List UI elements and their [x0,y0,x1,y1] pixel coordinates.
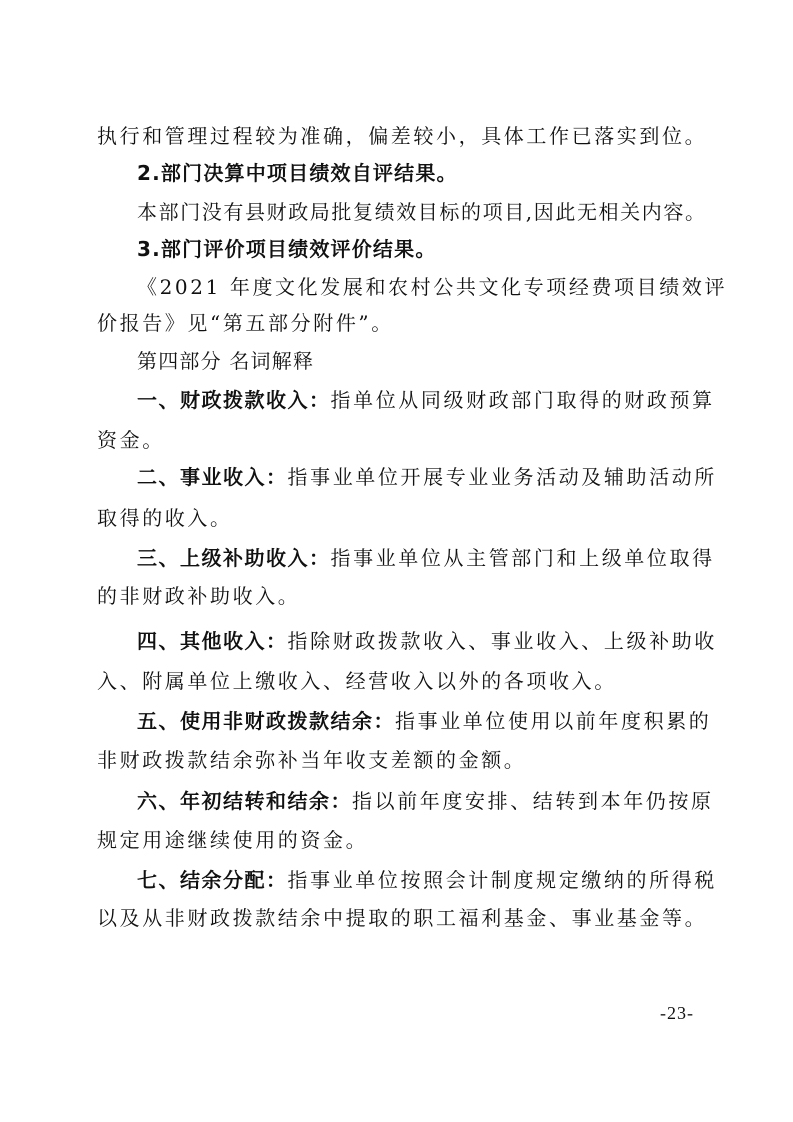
term-definition-4-cont: 入、附属单位上缴收入、经营收入以外的各项收入。 [97,667,701,695]
document-page: 执行和管理过程较为准确，偏差较小，具体工作已落实到位。 2.部门决算中项目绩效自… [0,0,793,1122]
term-text: 指事业单位按照会计制度规定缴纳的所得税 [288,868,717,892]
paragraph-no-content: 本部门没有县财政局批复绩效目标的项目,因此无相关内容。 [137,198,701,226]
term-text: 指事业单位使用以前年度积累的 [395,709,711,733]
term-definition-6-cont: 规定用途继续使用的资金。 [97,826,701,854]
term-definition-6: 六、年初结转和结余：指以前年度安排、结转到本年仍按原 [137,787,701,815]
section-title: 第四部分 名词解释 [137,347,701,375]
term-label: 三、上级补助收入： [137,546,331,570]
term-definition-3: 三、上级补助收入：指事业单位从主管部门和上级单位取得 [137,544,701,572]
term-definition-1-cont: 资金。 [97,426,701,454]
term-definition-5: 五、使用非财政拨款结余：指事业单位使用以前年度积累的 [137,707,701,735]
term-label: 二、事业收入： [137,465,288,489]
term-label: 七、结余分配： [137,868,288,892]
paragraph-report-ref-1: 《2021 年度文化发展和农村公共文化专项经费项目绩效评 [137,273,701,301]
heading-dept-final-self-eval: 2.部门决算中项目绩效自评结果。 [137,159,701,187]
term-label: 一、财政拨款收入： [137,388,331,412]
term-label: 五、使用非财政拨款结余： [137,709,395,733]
term-text: 指事业单位从主管部门和上级单位取得 [331,546,715,570]
term-text: 指除财政拨款收入、事业收入、上级补助收 [288,629,717,653]
term-definition-7-cont: 以及从非财政拨款结余中提取的职工福利基金、事业基金等。 [97,904,701,932]
paragraph-continuation: 执行和管理过程较为准确，偏差较小，具体工作已落实到位。 [97,122,701,150]
term-definition-3-cont: 的非财政补助收入。 [97,582,701,610]
term-definition-4: 四、其他收入：指除财政拨款收入、事业收入、上级补助收 [137,627,701,655]
heading-dept-eval-results: 3.部门评价项目绩效评价结果。 [137,235,701,263]
term-definition-7: 七、结余分配：指事业单位按照会计制度规定缴纳的所得税 [137,866,701,894]
term-text: 指事业单位开展专业业务活动及辅助活动所 [288,465,717,489]
term-definition-1: 一、财政拨款收入：指单位从同级财政部门取得的财政预算 [137,386,701,414]
paragraph-report-ref-2: 价报告》见“第五部分附件”。 [97,309,701,337]
term-label: 四、其他收入： [137,629,288,653]
term-definition-2-cont: 取得的收入。 [97,504,701,532]
term-definition-2: 二、事业收入：指事业单位开展专业业务活动及辅助活动所 [137,463,701,491]
term-label: 六、年初结转和结余： [137,789,352,813]
page-number: -23- [660,1003,694,1024]
term-text: 指以前年度安排、结转到本年仍按原 [352,789,714,813]
term-definition-5-cont: 非财政拨款结余弥补当年收支差额的金额。 [97,746,701,774]
term-text: 指单位从同级财政部门取得的财政预算 [331,388,715,412]
